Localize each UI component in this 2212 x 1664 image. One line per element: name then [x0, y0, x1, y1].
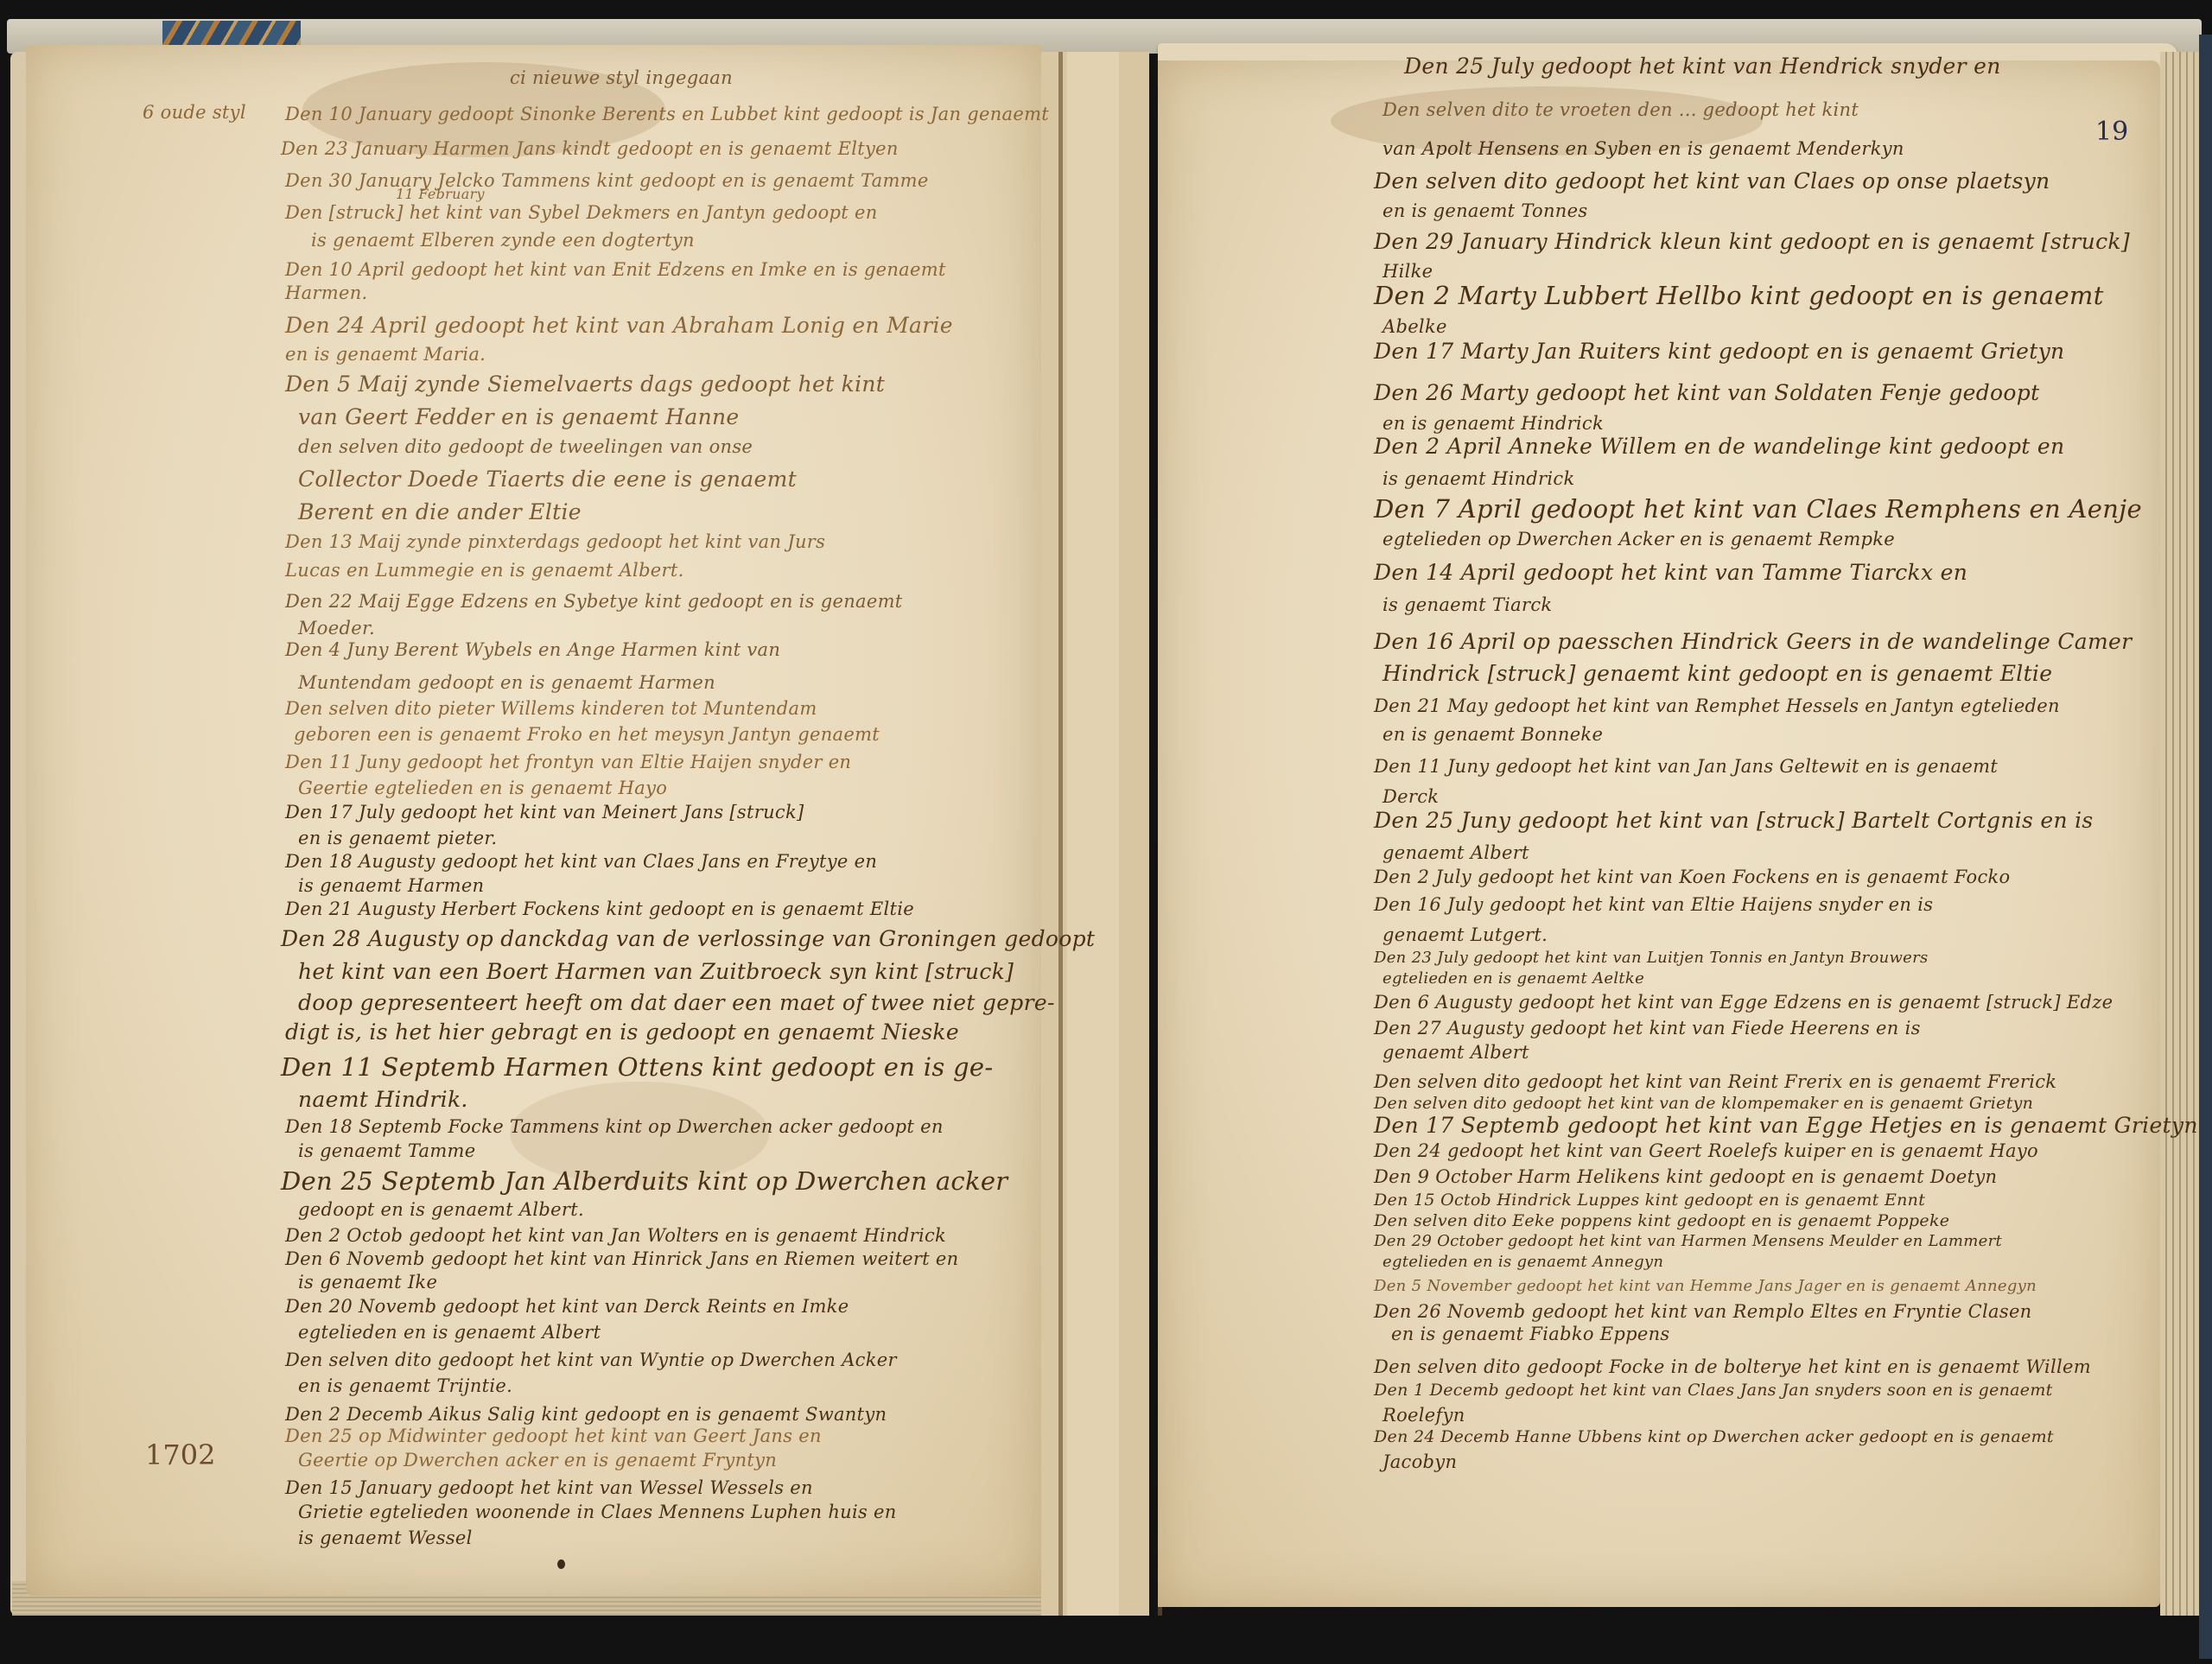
entry-line: Den 24 April gedoopt het kint van Abraha…	[285, 313, 953, 338]
entry-line: Den 2 Marty Lubbert Hellbo kint gedoopt …	[1374, 281, 2104, 310]
entry-line: is genaemt Elberen zynde een dogtertyn	[311, 230, 695, 251]
entry-line: Den selven dito gedoopt het kint van Rei…	[1374, 1071, 2056, 1092]
left-page-header: ci nieuwe styl ingegaan	[510, 67, 733, 88]
entry-line: Den 25 July gedoopt het kint van Hendric…	[1404, 54, 2001, 79]
entry-line: Den 23 July gedoopt het kint van Luitjen…	[1374, 949, 1929, 967]
entry-line: Geertie egtelieden en is genaemt Hayo	[298, 778, 667, 798]
entry-line: Den 11 Juny gedoopt het frontyn van Elti…	[285, 752, 851, 772]
entry-line: geboren een is genaemt Froko en het meys…	[294, 724, 880, 745]
entry-line: naemt Hindrik.	[298, 1087, 468, 1112]
entry-line: Muntendam gedoopt en is genaemt Harmen	[298, 672, 715, 693]
binding-fold-left	[1058, 52, 1063, 1616]
entry-line: en is genaemt Maria.	[285, 344, 486, 365]
entry-line: Den 2 Decemb Aikus Salig kint gedoopt en…	[285, 1404, 887, 1425]
entry-line: Derck	[1382, 786, 1439, 807]
entry-line: Den 30 January Jelcko Tammens kint gedoo…	[285, 170, 929, 191]
year-marker: 1702	[145, 1439, 215, 1471]
entry-line: genaemt Lutgert.	[1382, 924, 1548, 945]
entry-line: egtelieden en is genaemt Aeltke	[1382, 969, 1644, 988]
entry-line: van Apolt Hensens en Syben en is genaemt…	[1382, 138, 1904, 159]
entry-line: Abelke	[1382, 316, 1447, 337]
entry-line: Den 6 Augusty gedoopt het kint van Egge …	[1374, 992, 2113, 1013]
entry-line: Den [struck] het kint van Sybel Dekmers …	[285, 202, 878, 223]
entry-line: Den 25 Septemb Jan Alberduits kint op Dw…	[281, 1166, 1007, 1196]
ink-blot	[557, 1559, 565, 1569]
entry-line: Lucas en Lummegie en is genaemt Albert.	[285, 560, 684, 581]
entry-line: en is genaemt Tonnes	[1382, 200, 1587, 221]
entry-line: Roelefyn	[1382, 1405, 1465, 1426]
entry-line: Den 2 July gedoopt het kint van Koen Foc…	[1374, 867, 2011, 887]
entry-line: Den 23 January Harmen Jans kindt gedoopt…	[281, 138, 899, 159]
entry-line: Hilke	[1382, 261, 1433, 282]
entry-line: den selven dito gedoopt de tweelingen va…	[298, 436, 753, 457]
entry-line: Den 29 January Hindrick kleun kint gedoo…	[1374, 229, 2130, 254]
entry-line: Den 16 April op paesschen Hindrick Geers…	[1374, 629, 2132, 654]
entry-line: van Geert Fedder en is genaemt Hanne	[298, 404, 739, 429]
entry-line: Den 18 Septemb Focke Tammens kint op Dwe…	[285, 1116, 944, 1137]
entry-line: is genaemt Tamme	[298, 1140, 476, 1161]
entry-line: Den 28 Augusty op danckdag van de verlos…	[281, 926, 1095, 951]
entry-line: is genaemt Tiarck	[1382, 594, 1552, 615]
entry-line: Den 26 Marty gedoopt het kint van Soldat…	[1374, 380, 2039, 405]
entry-line: en is genaemt Fiabko Eppens	[1391, 1324, 1670, 1344]
entry-line: Den selven dito te vroeten den ... gedoo…	[1382, 99, 1859, 120]
entry-line: Den 4 Juny Berent Wybels en Ange Harmen …	[285, 639, 780, 660]
entry-line: en is genaemt pieter.	[298, 828, 497, 848]
entry-line: Den 21 May gedoopt het kint van Remphet …	[1374, 695, 2060, 716]
entry-line: Den 14 April gedoopt het kint van Tamme …	[1374, 560, 1967, 585]
entry-line: Den 17 Septemb gedoopt het kint van Egge…	[1374, 1113, 2198, 1138]
entry-line: Den 25 Juny gedoopt het kint van [struck…	[1374, 808, 2094, 833]
entry-line: Den 11 Juny gedoopt het kint van Jan Jan…	[1374, 756, 1998, 777]
entry-line: Den 13 Maij zynde pinxterdags gedoopt he…	[285, 531, 825, 552]
entry-line: het kint van een Boert Harmen van Zuitbr…	[298, 959, 1014, 984]
entry-line: Den 15 January gedoopt het kint van Wess…	[285, 1477, 813, 1498]
entry-line: Den 17 July gedoopt het kint van Meinert…	[285, 802, 804, 822]
entry-line: en is genaemt Bonneke	[1382, 724, 1603, 745]
page-number: 19	[2095, 117, 2128, 147]
entry-line: egtelieden en is genaemt Annegyn	[1382, 1253, 1663, 1271]
entry-line: Den selven dito Eeke poppens kint gedoop…	[1374, 1211, 1949, 1230]
entry-line: en is genaemt Hindrick	[1382, 413, 1604, 434]
entry-line: Den selven dito gedoopt het kint van Wyn…	[285, 1350, 897, 1370]
entry-line: genaemt Albert	[1382, 1042, 1529, 1063]
entry-line: Den 7 April gedoopt het kint van Claes R…	[1374, 494, 2142, 524]
entry-line: is genaemt Harmen	[298, 875, 484, 896]
entry-line: doop gepresenteert heeft om dat daer een…	[298, 990, 1055, 1015]
book-cover-right-edge	[2199, 35, 2212, 1659]
entry-line: Den 24 gedoopt het kint van Geert Roelef…	[1374, 1140, 2038, 1161]
entry-line: Den 20 Novemb gedoopt het kint van Derck…	[285, 1296, 849, 1317]
right-page-stack-edges	[2160, 52, 2199, 1616]
entry-line: Grietie egtelieden woonende in Claes Men…	[298, 1502, 897, 1522]
entry-line: en is genaemt Trijntie.	[298, 1375, 512, 1396]
entry-line: Moeder.	[298, 618, 375, 638]
entry-line: Den 29 October gedoopt het kint van Harm…	[1374, 1232, 2002, 1250]
entry-line: Den 9 October Harm Helikens kint gedoopt…	[1374, 1166, 1997, 1187]
entry-line: Den 10 January gedoopt Sinonke Berents e…	[285, 104, 1049, 124]
entry-line: is genaemt Wessel	[298, 1527, 473, 1548]
entry-line: Den 2 April Anneke Willem en de wandelin…	[1374, 434, 2064, 459]
entry-line: egtelieden op Dwerchen Acker en is genae…	[1382, 529, 1895, 549]
entry-line: Den 2 Octob gedoopt het kint van Jan Wol…	[285, 1225, 946, 1246]
entry-line: Den 15 Octob Hindrick Luppes kint gedoop…	[1374, 1191, 1925, 1210]
entry-line: Den 27 Augusty gedoopt het kint van Fied…	[1374, 1018, 1921, 1038]
entry-line: egtelieden en is genaemt Albert	[298, 1322, 601, 1343]
entry-line: Den selven dito gedoopt Focke in de bolt…	[1374, 1356, 2091, 1377]
entry-line: Den 26 Novemb gedoopt het kint van Rempl…	[1374, 1301, 2032, 1322]
entry-line: Collector Doede Tiaerts die eene is gena…	[298, 467, 797, 492]
entry-line: Berent en die ander Eltie	[298, 499, 582, 524]
entry-line: Den 21 Augusty Herbert Fockens kint gedo…	[285, 899, 914, 919]
entry-line: Den selven dito pieter Willems kinderen …	[285, 698, 817, 719]
entry-line: Den 16 July gedoopt het kint van Eltie H…	[1374, 894, 1933, 915]
spine-guard-strip	[1067, 52, 1119, 1616]
entry-line: Den 24 Decemb Hanne Ubbens kint op Dwerc…	[1374, 1427, 2054, 1446]
entry-line: Den 5 Maij zynde Siemelvaerts dags gedoo…	[285, 372, 885, 397]
entry-line: Den 17 Marty Jan Ruiters kint gedoopt en…	[1374, 339, 2064, 364]
entry-line: Den 11 Septemb Harmen Ottens kint gedoop…	[281, 1052, 993, 1082]
entry-line: gedoopt en is genaemt Albert.	[298, 1199, 584, 1220]
entry-line: is genaemt Hindrick	[1382, 468, 1574, 489]
entry-line: Den 18 Augusty gedoopt het kint van Clae…	[285, 851, 877, 872]
entry-line: Den selven dito gedoopt het kint van Cla…	[1374, 168, 2050, 194]
entry-line: genaemt Albert	[1382, 842, 1529, 863]
entry-line: Den selven dito gedoopt het kint van de …	[1374, 1094, 2033, 1113]
gutter-right	[1119, 52, 1149, 1616]
margin-note: 6 oude styl	[143, 102, 246, 123]
entry-line-insert: 11 February	[396, 186, 485, 202]
entry-line: Den 25 op Midwinter gedoopt het kint van…	[285, 1426, 822, 1446]
entry-line: Geertie op Dwerchen acker en is genaemt …	[298, 1450, 777, 1470]
entry-line: digt is, is het hier gebragt en is gedoo…	[285, 1019, 959, 1045]
entry-line: Harmen.	[285, 283, 368, 303]
entry-line: Hindrick [struck] genaemt kint gedoopt e…	[1382, 661, 2052, 686]
gutter-left	[1041, 52, 1067, 1616]
entry-line: Den 5 November gedoopt het kint van Hemm…	[1374, 1277, 2037, 1295]
entry-line: Den 22 Maij Egge Edzens en Sybetye kint …	[285, 591, 903, 612]
entry-line: Jacobyn	[1382, 1451, 1457, 1472]
entry-line: Den 10 April gedoopt het kint van Enit E…	[285, 259, 946, 280]
entry-line: is genaemt Ike	[298, 1272, 437, 1292]
entry-line: Den 1 Decemb gedoopt het kint van Claes …	[1374, 1381, 2053, 1400]
entry-line: Den 6 Novemb gedoopt het kint van Hinric…	[285, 1248, 958, 1269]
